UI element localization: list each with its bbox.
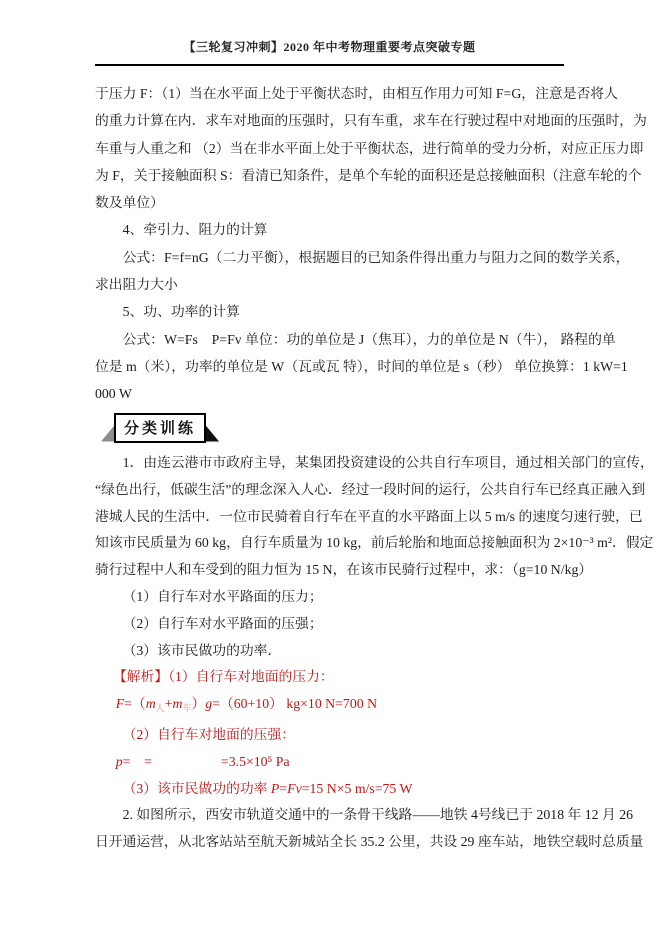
analysis-heading: 【解析】（1）自行车对地面的压力： [95, 664, 575, 691]
var-m: m [172, 696, 182, 711]
body-line: 的重力计算在内．求车对地面的压强时，只有车重，求车在行驶过程中对地面的压强时，为 [95, 107, 575, 134]
problem2-line: 2. 如图所示，西安市轨道交通中的一条骨干线路——地铁 4号线已于 2018 年… [95, 802, 575, 829]
formula-text: ） [191, 696, 205, 711]
analysis-formula-pressure: p= = =3.5×10⁵ Pa [95, 749, 575, 776]
question-item: （3）该市民做功的功率． [95, 638, 575, 665]
notes-section: 于压力 F：（1）当在水平面上处于平衡状态时，由相互作用力可知 F=G，注意是否… [95, 80, 575, 408]
power-prefix: （3）该市民做功的功率 [123, 781, 271, 796]
var-Fv: Fv [287, 781, 302, 796]
body-line: 数及单位） [95, 189, 575, 216]
analysis-power-line: （3）该市民做功的功率 P=Fv=15 N×5 m/s=75 W [95, 776, 575, 803]
page-header-title: 【三轮复习冲刺】2020 年中考物理重要考点突破专题 [95, 38, 564, 66]
var-F: F [116, 696, 124, 711]
formula-text: = [279, 781, 287, 796]
formula-text: = = =3.5×10⁵ Pa [123, 754, 290, 769]
var-p: p [116, 754, 123, 769]
formula-text: =（ [124, 696, 146, 711]
section-heading: 4、牵引力、阻力的计算 [95, 216, 575, 243]
body-line: 为 F，关于接触面积 S：看清已知条件，是单个车轮的面积还是总接触面积（注意车轮… [95, 162, 575, 189]
formula-text: =（60+10） kg×10 N=700 N [212, 696, 377, 711]
document-page: 【三轮复习冲刺】2020 年中考物理重要考点突破专题 于压力 F：（1）当在水平… [0, 0, 661, 935]
exercise-section: 1．由连云港市市政府主导，某集团投资建设的公共自行车项目，通过相关部门的宣传， … [95, 450, 575, 856]
body-line: 车重与人重之和 （2）当在非水平面上处于平衡状态，进行简单的受力分析，对应正压力… [95, 135, 575, 162]
body-line: 于压力 F：（1）当在水平面上处于平衡状态时，由相互作用力可知 F=G，注意是否… [95, 80, 575, 107]
problem1-line: “绿色出行，低碳生活”的理念深入人心．经过一段时间的运行，公共自行车已经真正融入… [95, 477, 575, 504]
section-heading: 5、功、功率的计算 [95, 298, 575, 325]
analysis-pressure-heading: （2）自行车对地面的压强： [95, 722, 575, 749]
subscript-person: 人 [156, 703, 165, 713]
problem1-line: 港城人民的生活中．一位市民骑着自行车在平直的水平路面上以 5 m/s 的速度匀速… [95, 504, 575, 531]
problem1-line: 1．由连云港市市政府主导，某集团投资建设的公共自行车项目，通过相关部门的宣传， [95, 450, 575, 477]
var-m: m [146, 696, 156, 711]
formula-text: =15 N×5 m/s=75 W [302, 781, 413, 796]
body-line: 公式：W=Fs P=Fv 单位：功的单位是 J（焦耳），力的单位是 N（牛）， … [95, 326, 575, 353]
question-item: （2）自行车对水平路面的压强； [95, 611, 575, 638]
badge-label: 分类训练 [114, 413, 206, 443]
body-line: 000 W [95, 380, 575, 407]
problem1-line: 骑行过程中人和车受到的阻力恒为 15 N，在该市民骑行过程中，求：（g=10 N… [95, 557, 575, 584]
body-line: 求出阻力大小 [95, 271, 575, 298]
analysis-formula-force: F=（m人+m车）g=（60+10） kg×10 N=700 N [95, 691, 575, 722]
problem2-line: 日开通运营，从北客站站至航天新城站全长 35.2 公里，共设 29 座车站，地铁… [95, 829, 575, 856]
question-item: （1）自行车对水平路面的压力； [95, 584, 575, 611]
problem1-line: 知该市民质量为 60 kg，自行车质量为 10 kg，前后轮胎和地面总接触面积为… [95, 530, 575, 557]
body-line: 公式：F=f=nG（二力平衡），根据题目的已知条件得出重力与阻力之间的数学关系， [95, 244, 575, 271]
body-line: 位是 m（米），功率的单位是 W（瓦或瓦 特），时间的单位是 s（秒） 单位换算… [95, 353, 575, 380]
classified-training-badge: 分类训练 [101, 413, 219, 443]
